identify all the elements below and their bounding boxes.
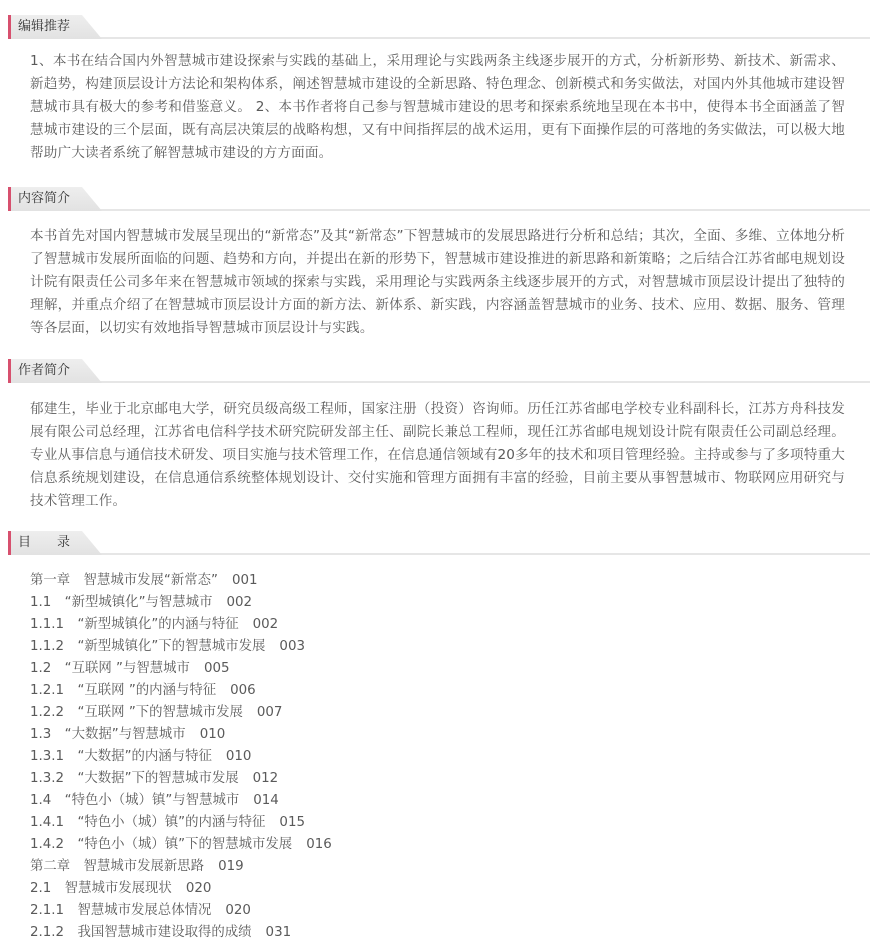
section-title: 目 录	[18, 534, 70, 552]
toc-page: 005	[204, 661, 230, 676]
section-header: 目 录	[8, 531, 870, 555]
toc-item: 2.1 智慧城市发展现状020	[30, 878, 630, 900]
toc-label: 第一章 智慧城市发展“新常态”	[30, 573, 218, 588]
toc-item: 1.2.2 “互联网 ”下的智慧城市发展007	[30, 702, 630, 724]
toc-label: 1.2.1 “互联网 ”的内涵与特征	[30, 683, 216, 698]
toc-page: 015	[279, 815, 305, 830]
toc-label: 1.2 “互联网 ”与智慧城市	[30, 661, 190, 676]
toc-page: 010	[226, 749, 252, 764]
toc-label: 2.1.2 我国智慧城市建设取得的成绩	[30, 925, 252, 940]
toc-item: 1.2.1 “互联网 ”的内涵与特征006	[30, 680, 630, 702]
toc-item: 1.2 “互联网 ”与智慧城市005	[30, 658, 630, 680]
section-toc: 目 录	[0, 531, 887, 555]
toc-label: 1.3.2 “大数据”下的智慧城市发展	[30, 771, 239, 786]
toc-page: 031	[266, 925, 292, 940]
toc-page: 007	[257, 705, 283, 720]
toc-page: 002	[226, 595, 252, 610]
accent-bar	[8, 187, 11, 211]
toc-label: 2.1 智慧城市发展现状	[30, 881, 172, 896]
toc-item: 第二章 智慧城市发展新思路019	[30, 856, 630, 878]
section-header: 内容简介	[8, 187, 870, 211]
toc-item: 1.3.1 “大数据”的内涵与特征010	[30, 746, 630, 768]
section-title: 编辑推荐	[18, 18, 70, 36]
section-content-summary: 内容简介	[0, 187, 887, 211]
section-author-intro: 作者简介	[0, 359, 887, 383]
toc-page: 019	[218, 859, 244, 874]
toc-item: 2.1.1 智慧城市发展总体情况020	[30, 900, 630, 922]
toc-page: 012	[253, 771, 279, 786]
toc-item: 1.4.1 “特色小（城）镇”的内涵与特征015	[30, 812, 630, 834]
accent-bar	[8, 531, 11, 555]
toc-item: 1.1.1 “新型城镇化”的内涵与特征002	[30, 614, 630, 636]
section-editor-recommend: 编辑推荐	[0, 15, 887, 39]
toc-label: 1.4.2 “特色小（城）镇”下的智慧城市发展	[30, 837, 292, 852]
toc-item: 1.3.2 “大数据”下的智慧城市发展012	[30, 768, 630, 790]
header-divider	[8, 553, 870, 555]
section-header: 编辑推荐	[8, 15, 870, 39]
toc-page: 020	[186, 881, 212, 896]
table-of-contents: 第一章 智慧城市发展“新常态”001 1.1 “新型城镇化”与智慧城市002 1…	[30, 570, 630, 940]
toc-label: 1.3.1 “大数据”的内涵与特征	[30, 749, 212, 764]
toc-page: 002	[253, 617, 279, 632]
toc-page: 014	[253, 793, 279, 808]
accent-bar	[8, 15, 11, 39]
toc-label: 2.1.1 智慧城市发展总体情况	[30, 903, 211, 918]
toc-label: 1.4.1 “特色小（城）镇”的内涵与特征	[30, 815, 265, 830]
accent-bar	[8, 359, 11, 383]
toc-label: 1.4 “特色小（城）镇”与智慧城市	[30, 793, 239, 808]
header-divider	[8, 37, 870, 39]
section-title: 作者简介	[18, 362, 70, 380]
toc-label: 1.1 “新型城镇化”与智慧城市	[30, 595, 212, 610]
toc-page: 001	[232, 573, 258, 588]
toc-page: 020	[225, 903, 251, 918]
toc-item: 1.1 “新型城镇化”与智慧城市002	[30, 592, 630, 614]
toc-page: 010	[200, 727, 226, 742]
editor-recommend-text: 1、本书在结合国内外智慧城市建设探索与实践的基础上，采用理论与实践两条主线逐步展…	[30, 50, 845, 165]
toc-label: 第二章 智慧城市发展新思路	[30, 859, 204, 874]
toc-item: 1.4.2 “特色小（城）镇”下的智慧城市发展016	[30, 834, 630, 856]
toc-label: 1.1.2 “新型城镇化”下的智慧城市发展	[30, 639, 265, 654]
section-header: 作者简介	[8, 359, 870, 383]
toc-page: 006	[230, 683, 256, 698]
section-title: 内容简介	[18, 190, 70, 208]
toc-item: 1.1.2 “新型城镇化”下的智慧城市发展003	[30, 636, 630, 658]
toc-item: 1.3 “大数据”与智慧城市010	[30, 724, 630, 746]
toc-page: 016	[306, 837, 332, 852]
toc-page: 003	[279, 639, 305, 654]
content-summary-text: 本书首先对国内智慧城市发展呈现出的“新常态”及其“新常态”下智慧城市的发展思路进…	[30, 225, 845, 340]
toc-item: 1.4 “特色小（城）镇”与智慧城市014	[30, 790, 630, 812]
author-intro-text: 郁建生，毕业于北京邮电大学，研究员级高级工程师，国家注册（投资）咨询师。历任江苏…	[30, 398, 845, 513]
header-divider	[8, 381, 870, 383]
header-divider	[8, 209, 870, 211]
toc-label: 1.1.1 “新型城镇化”的内涵与特征	[30, 617, 239, 632]
toc-label: 1.3 “大数据”与智慧城市	[30, 727, 186, 742]
toc-item: 2.1.2 我国智慧城市建设取得的成绩031	[30, 922, 630, 940]
toc-label: 1.2.2 “互联网 ”下的智慧城市发展	[30, 705, 243, 720]
toc-item: 第一章 智慧城市发展“新常态”001	[30, 570, 630, 592]
